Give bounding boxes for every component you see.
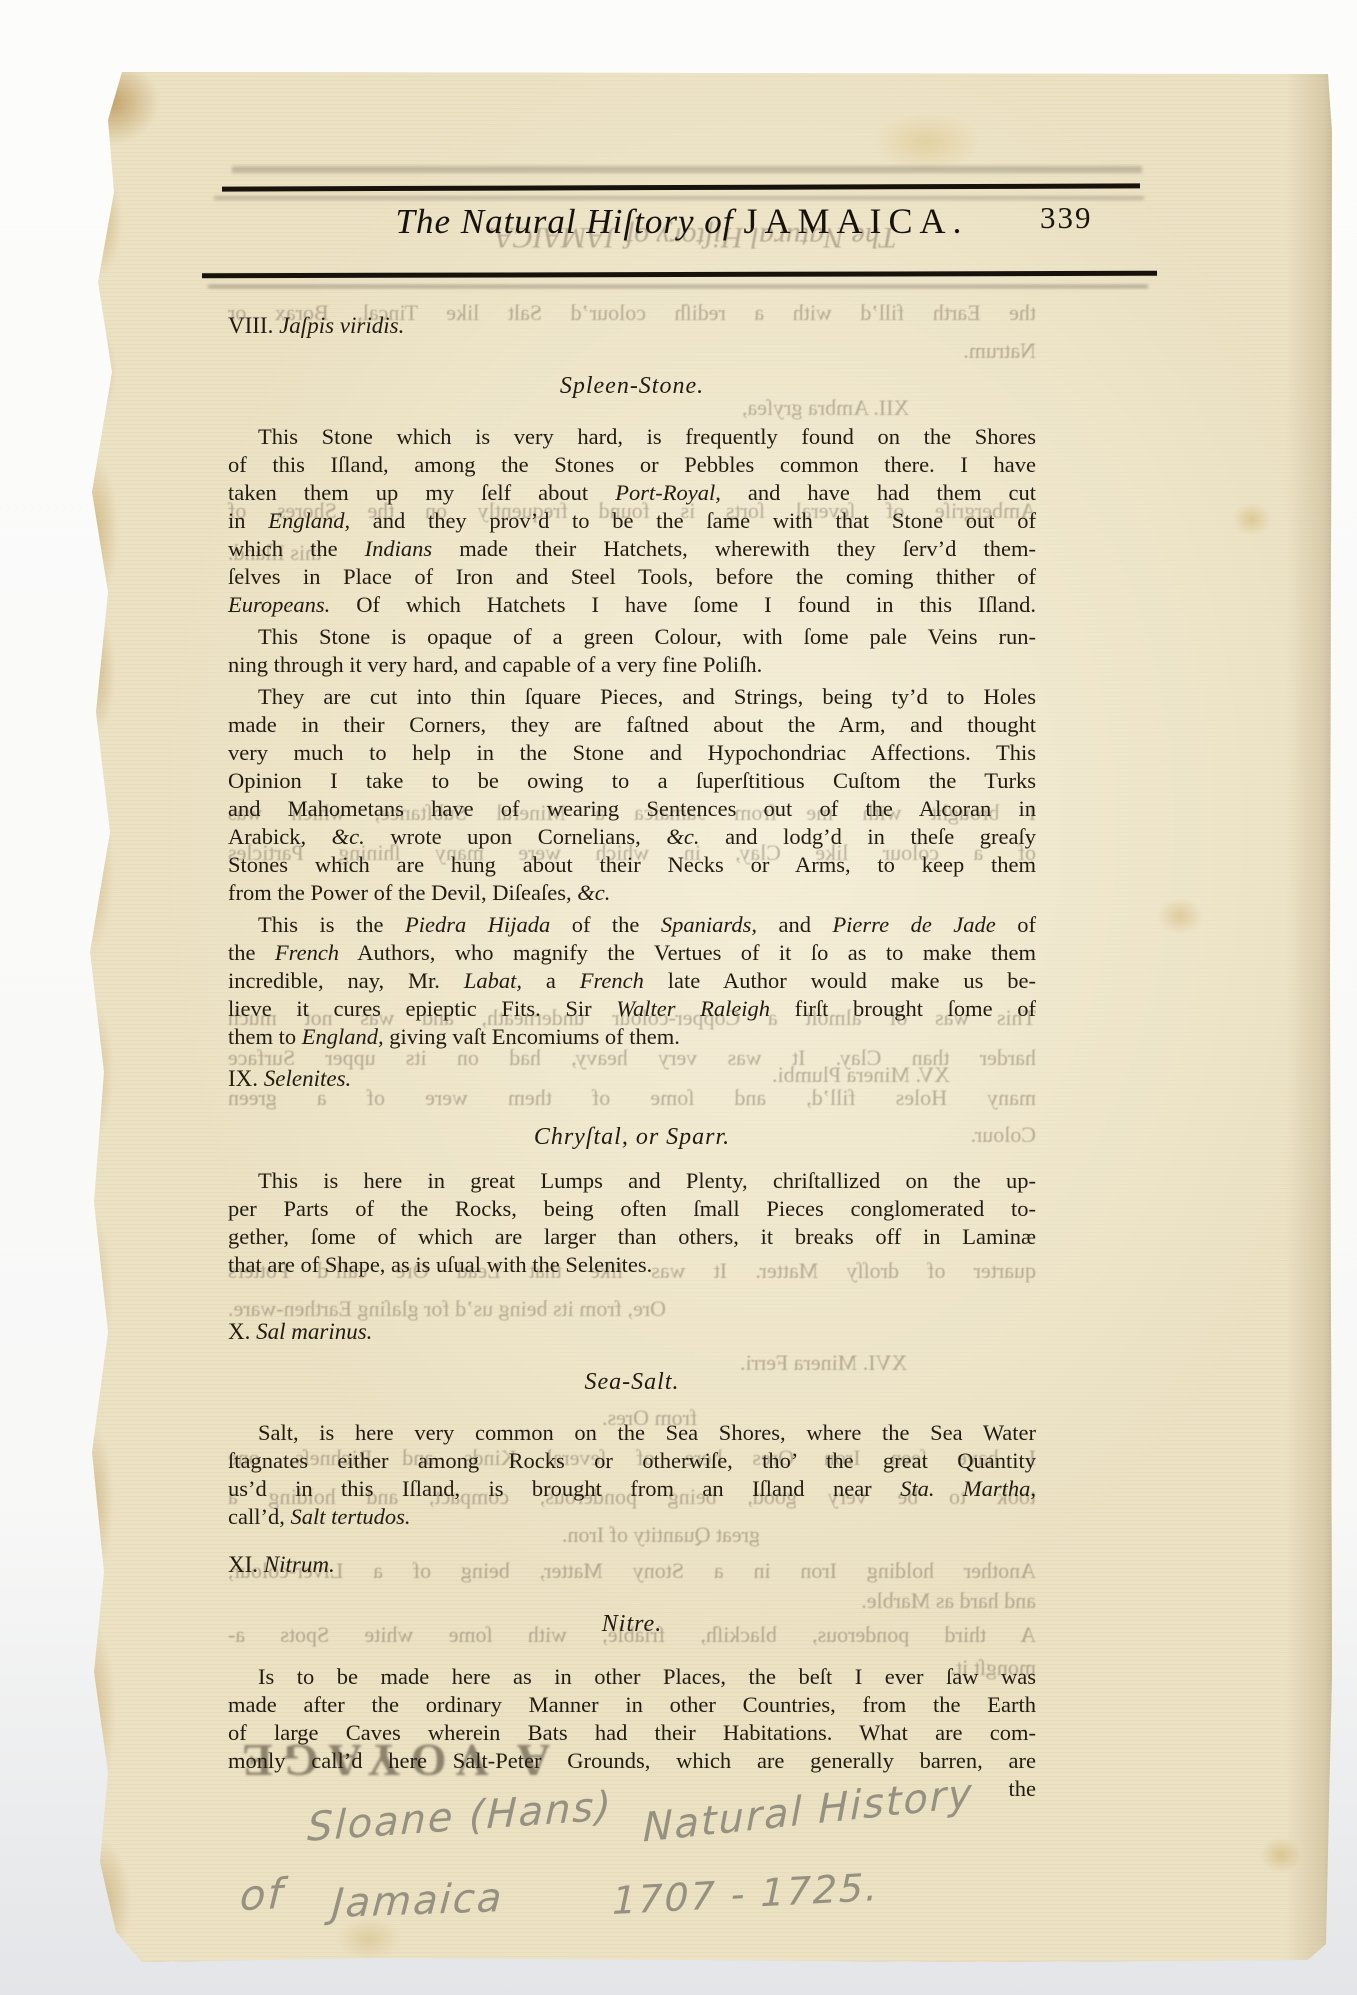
section-heading-chrystal: Chryſtal, or Sparr.: [228, 1123, 1036, 1151]
page-number: 339: [1040, 200, 1093, 236]
text-line: ſelves in Place of Iron and Steel Tools,…: [228, 563, 1036, 591]
text-line: per Parts of the Rocks, being often ſmal…: [228, 1195, 1036, 1223]
text-line: very much to help in the Stone and Hypoc…: [228, 739, 1036, 767]
text-line: from the Power of the Devil, Diſeaſes, &…: [228, 879, 1036, 907]
text-line: which the Indians made their Hatchets, w…: [228, 535, 1036, 563]
section-label-ix: IX. Selenites.: [228, 1065, 1036, 1093]
text-line: lieve it cures epieptic Fits. Sir Walter…: [228, 995, 1036, 1023]
section-label-viii: VIII. Jaſpis viridis.: [228, 312, 1036, 340]
paragraph: They are cut into thin ſquare Pieces, an…: [228, 683, 1036, 907]
book-scan: { "document": { "header": { "title_prefi…: [0, 0, 1357, 1995]
text-line: gether, ſome of which are larger than ot…: [228, 1223, 1036, 1251]
paragraph: This Stone which is very hard, is freque…: [228, 423, 1036, 619]
text-line: and Mahometans have of wearing Sentences…: [228, 795, 1036, 823]
text-line: Is to be made here as in other Places, t…: [228, 1663, 1036, 1691]
rule-offset-smudge: [232, 166, 1142, 173]
text-line: of large Caves wherein Bats had their Ha…: [228, 1719, 1036, 1747]
title-italic-part: The Natural Hiſtory of: [395, 202, 733, 241]
header-rule-top: [222, 183, 1140, 191]
text-column: VIII. Jaſpis viridis. Spleen-Stone. This…: [228, 312, 1036, 1803]
running-header-title: The Natural Hiſtory ofJAMAICA.: [222, 200, 1142, 242]
title-caps-part: JAMAICA.: [743, 201, 968, 241]
section-label-x: X. Sal marinus.: [228, 1318, 1036, 1346]
text-line: Opinion I take to be owing to a ſuperſti…: [228, 767, 1036, 795]
text-line: of this Iſland, among the Stones or Pebb…: [228, 451, 1036, 479]
foxing-spot: [1157, 897, 1203, 935]
section-label-xi: XI. Nitrum.: [228, 1551, 1036, 1579]
paragraph: Salt, is here very common on the Sea Sho…: [228, 1419, 1036, 1531]
text-line: monly call’d here Salt-Peter Grounds, wh…: [228, 1747, 1036, 1775]
torn-edge-stains: [82, 72, 172, 1962]
section-heading-spleen-stone: Spleen-Stone.: [228, 372, 1036, 400]
text-line: us’d in this Iſland, is brought from an …: [228, 1475, 1036, 1503]
text-line: made after the ordinary Manner in other …: [228, 1691, 1036, 1719]
text-line: in England, and they prov’d to be the ſa…: [228, 507, 1036, 535]
text-line: This is the Piedra Hijada of the Spaniar…: [228, 911, 1036, 939]
text-line: incredible, nay, Mr. Labat, a French lat…: [228, 967, 1036, 995]
text-line: They are cut into thin ſquare Pieces, an…: [228, 683, 1036, 711]
text-line: This is here in great Lumps and Plenty, …: [228, 1167, 1036, 1195]
text-line: taken them up my ſelf about Port-Royal, …: [228, 479, 1036, 507]
text-line: ning through it very hard, and capable o…: [228, 651, 1036, 679]
section-heading-sea-salt: Sea-Salt.: [228, 1368, 1036, 1396]
foxing-spot: [872, 112, 982, 172]
text-line: that are of Shape, as is uſual with the …: [228, 1251, 1036, 1279]
text-line: Arabick, &c. wrote upon Cornelians, &c. …: [228, 823, 1036, 851]
scanned-book-page: The Natural Hiſtory of JAMAICA. The Natu…: [82, 72, 1332, 1962]
pencil-annotation: Jamaica: [330, 1875, 505, 1927]
text-line: call’d, Salt tertudos.: [228, 1503, 1036, 1531]
text-line: This Stone is opaque of a green Colour, …: [228, 623, 1036, 651]
text-line: ſtagnates either among Rocks or otherwiſ…: [228, 1447, 1036, 1475]
section-heading-nitre: Nitre.: [228, 1610, 1036, 1638]
text-line: Europeans. Of which Hatchets I have ſome…: [228, 591, 1036, 619]
paragraph: Is to be made here as in other Places, t…: [228, 1663, 1036, 1775]
text-line: This Stone which is very hard, is freque…: [228, 423, 1036, 451]
paragraph: This is the Piedra Hijada of the Spaniar…: [228, 911, 1036, 1051]
text-line: Stones which are hung about their Necks …: [228, 851, 1036, 879]
page-curl-shading: [1286, 72, 1332, 1962]
pencil-annotation: of: [239, 1869, 286, 1921]
foxing-spot: [1232, 502, 1272, 536]
rule-offset-smudge: [208, 285, 1148, 288]
text-line: Salt, is here very common on the Sea Sho…: [228, 1419, 1036, 1447]
text-line: them to England, giving vaſt Encomiums o…: [228, 1023, 1036, 1051]
paragraph: This is here in great Lumps and Plenty, …: [228, 1167, 1036, 1279]
header-rule-bottom: [202, 271, 1157, 278]
paragraph: This Stone is opaque of a green Colour, …: [228, 623, 1036, 679]
text-line: the French Authors, who magnify the Vert…: [228, 939, 1036, 967]
foxing-spot: [1260, 1837, 1302, 1873]
pencil-annotation: 1707 - 1725.: [612, 1865, 880, 1923]
text-line: made in their Corners, they are faſtned …: [228, 711, 1036, 739]
